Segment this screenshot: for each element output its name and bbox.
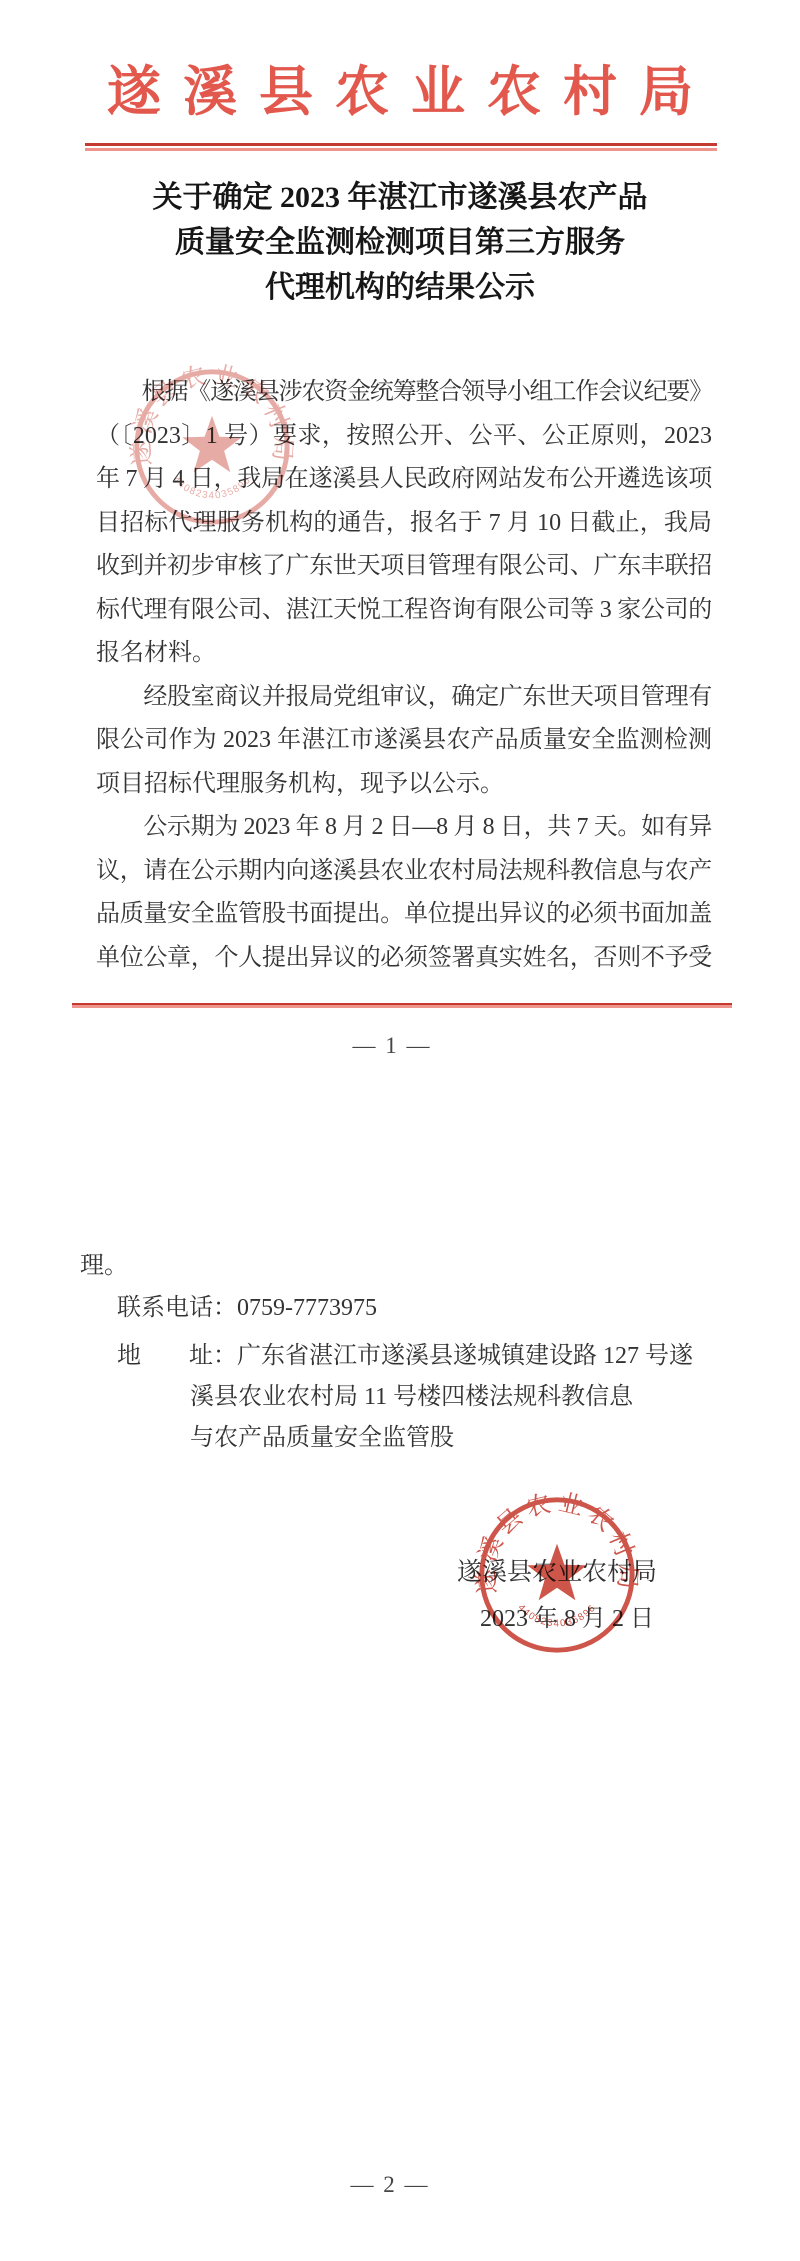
body-line: 经股室商议并报局党组审议，确定广东世天项目管理有 <box>96 676 712 720</box>
document-page: 遂溪县农业农村局 关于确定 2023 年湛江市遂溪县农产品 质量安全监测检测项目… <box>0 0 800 2261</box>
body-line: 项目招标代理服务机构，现予以公示。 <box>96 763 712 807</box>
document-title-line-2: 质量安全监测检测项目第三方服务 <box>0 226 800 260</box>
official-seal-page1: 遂溪县农业农村局 4408234035896 <box>129 364 295 535</box>
page1-number: — 1 — <box>282 1033 502 1059</box>
seal-code: 4408234035896 <box>515 1602 598 1629</box>
page1-footer-rule <box>72 1003 732 1008</box>
address-line-3: 与农产品质量安全监管股 <box>190 1422 454 1454</box>
star-icon <box>182 416 241 473</box>
svg-text:4408234035896: 4408234035896 <box>515 1602 598 1629</box>
official-seal-page2: 遂溪县农业农村局 4408234035896 <box>474 1492 640 1663</box>
svg-text:4408234035896: 4408234035896 <box>170 474 253 501</box>
star-icon <box>527 1544 586 1601</box>
body-line: 报名材料。 <box>96 632 712 676</box>
paragraph-continuation: 理。 <box>80 1250 128 1282</box>
contact-phone-line: 联系电话：0759-7773975 <box>117 1292 377 1324</box>
seal-stamp-icon: 遂溪县农业农村局 4408234035896 <box>474 1492 640 1658</box>
seal-stamp-icon: 遂溪县农业农村局 4408234035896 <box>129 364 295 530</box>
address-line-2: 溪县农业农村局 11 号楼四楼法规科教信息 <box>190 1381 633 1413</box>
body-line: 收到并初步审核了广东世天项目管理有限公司、广东丰联招 <box>96 545 712 589</box>
body-line: 品质量安全监管股书面提出。单位提出异议的必须书面加盖 <box>96 893 712 937</box>
document-title-line-3: 代理机构的结果公示 <box>0 271 800 305</box>
body-line: 公示期为 2023 年 8 月 2 日—8 月 8 日，共 7 天。如有异 <box>96 806 712 850</box>
body-line: 单位公章，个人提出异议的必须签署真实姓名，否则不予受 <box>96 937 712 981</box>
body-line: 限公司作为 2023 年湛江市遂溪县农产品质量安全监测检测 <box>96 719 712 763</box>
body-line: 标代理有限公司、湛江天悦工程咨询有限公司等 3 家公司的 <box>96 589 712 633</box>
document-title-line-1: 关于确定 2023 年湛江市遂溪县农产品 <box>0 181 800 215</box>
page2-number: — 2 — <box>280 2172 500 2198</box>
body-line: 议，请在公示期内向遂溪县农业农村局法规科教信息与农产 <box>96 850 712 894</box>
letterhead-rule <box>85 143 717 151</box>
address-line-1: 地 址：广东省湛江市遂溪县遂城镇建设路 127 号遂 <box>117 1340 693 1372</box>
seal-code: 4408234035896 <box>170 474 253 501</box>
letterhead-agency-name: 遂溪县农业农村局 <box>0 56 800 128</box>
